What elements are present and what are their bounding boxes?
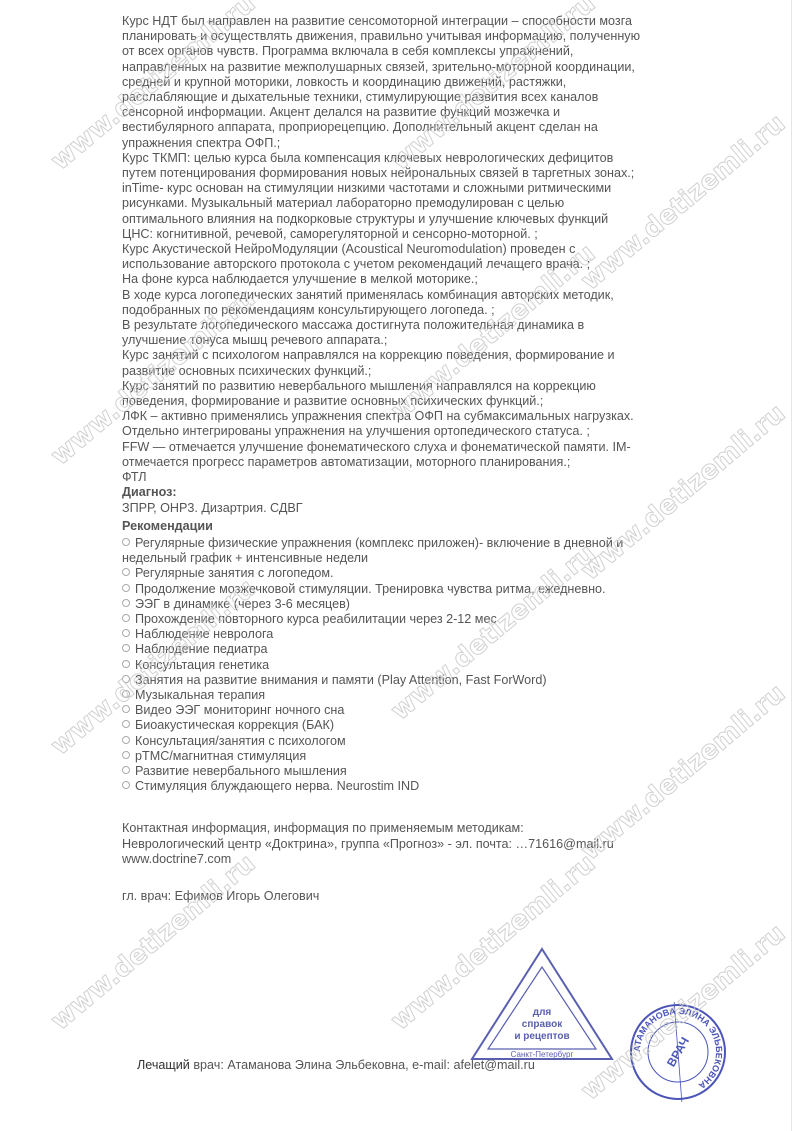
recommendation-item: Видео ЭЭГ мониторинг ночного сна <box>122 703 642 718</box>
course-paragraphs: Курс НДТ был направлен на развитие сенсо… <box>122 14 642 485</box>
triangle-stamp: для справок и рецептов Санкт-Петербург <box>468 945 616 1065</box>
recommendation-text: Наблюдение невролога <box>135 627 273 641</box>
recommendation-text: Регулярные занятия с логопедом. <box>135 566 334 580</box>
recommendation-text: Регулярные физические упражнения (компле… <box>122 536 623 565</box>
recommendations-heading: Рекомендации <box>122 519 642 534</box>
stamp-center-text: ВРАЧ <box>664 1035 692 1070</box>
bullet-circle-icon <box>122 584 130 592</box>
recommendation-text: Музыкальная терапия <box>135 688 265 702</box>
course-paragraph: ЛФК – активно применялись упражнения спе… <box>122 409 642 439</box>
recommendation-item: Развитие невербального мышления <box>122 764 642 779</box>
recommendation-text: Продолжение мозжечковой стимуляции. Трен… <box>135 582 606 596</box>
recommendation-text: Консультация/занятия с психологом <box>135 734 346 748</box>
bullet-circle-icon <box>122 720 130 728</box>
course-paragraph: ФТЛ <box>122 470 642 485</box>
recommendation-text: Наблюдение педиатра <box>135 642 268 656</box>
recommendation-item: Регулярные занятия с логопедом. <box>122 566 642 581</box>
signature-stroke <box>674 1002 682 1102</box>
recommendation-text: рТМС/магнитная стимуляция <box>135 749 306 763</box>
bullet-circle-icon <box>122 675 130 683</box>
recommendation-item: Стимуляция блуждающего нерва. Neurostim … <box>122 779 642 794</box>
stamp-text-3: и рецептов <box>514 1031 569 1042</box>
bullet-circle-icon <box>122 781 130 789</box>
stamp-text-1: для <box>533 1007 552 1018</box>
attending-doctor: Лечащий врач: Атаманова Элина Эльбековна… <box>137 1058 535 1072</box>
recommendation-item: Прохождение повторного курса реабилитаци… <box>122 612 642 627</box>
svg-text:АТАМАНОВА ЭЛИНА ЭЛЬБЕКОВНА: АТАМАНОВА ЭЛИНА ЭЛЬБЕКОВНА <box>632 1006 724 1091</box>
recommendation-text: Занятия на развитие внимания и памяти (P… <box>135 673 547 687</box>
scan-edge-line <box>791 0 792 1131</box>
bullet-circle-icon <box>122 629 130 637</box>
bullet-circle-icon <box>122 614 130 622</box>
recommendation-item: Продолжение мозжечковой стимуляции. Трен… <box>122 582 642 597</box>
recommendation-text: ЭЭГ в динамике (через 3-6 месяцев) <box>135 597 350 611</box>
course-paragraph: Курс Акустической НейроМодуляции (Acoust… <box>122 242 642 272</box>
course-paragraph: FFW — отмечается улучшение фонематическо… <box>122 440 642 470</box>
course-paragraph: В результате логопедического массажа дос… <box>122 318 642 348</box>
recommendation-text: Стимуляция блуждающего нерва. Neurostim … <box>135 779 419 793</box>
course-paragraph: На фоне курса наблюдается улучшение в ме… <box>122 272 642 287</box>
round-stamp: АТАМАНОВА ЭЛИНА ЭЛЬБЕКОВНА ВРАЧ <box>628 1002 728 1102</box>
recommendation-text: Прохождение повторного курса реабилитаци… <box>135 612 497 626</box>
course-paragraph: Курс занятий с психологом направлялся на… <box>122 348 642 378</box>
bullet-circle-icon <box>122 660 130 668</box>
contact-line-2: Неврологический центр «Доктрина», группа… <box>122 837 642 852</box>
course-paragraph: Курс занятий по развитию невербального м… <box>122 379 642 409</box>
recommendations-list: Регулярные физические упражнения (компле… <box>122 536 642 794</box>
document-body: Курс НДТ был направлен на развитие сенсо… <box>122 14 642 904</box>
recommendation-text: Видео ЭЭГ мониторинг ночного сна <box>135 703 344 717</box>
recommendation-text: Биоакустическая коррекция (БАК) <box>135 718 334 732</box>
document-page: Курс НДТ был направлен на развитие сенсо… <box>0 0 800 1131</box>
course-paragraph: Курс НДТ был направлен на развитие сенсо… <box>122 14 642 151</box>
diagnosis-heading: Диагноз: <box>122 485 642 500</box>
recommendation-text: Консультация генетика <box>135 658 269 672</box>
recommendation-text: Развитие невербального мышления <box>135 764 347 778</box>
recommendation-item: Консультация генетика <box>122 658 642 673</box>
course-paragraph: inTime- курс основан на стимуляции низки… <box>122 181 642 242</box>
recommendation-item: Наблюдение невролога <box>122 627 642 642</box>
bullet-circle-icon <box>122 751 130 759</box>
attending-role: Лечащий <box>137 1058 190 1072</box>
chief-doctor: гл. врач: Ефимов Игорь Олегович <box>122 889 642 904</box>
recommendation-item: Наблюдение педиатра <box>122 642 642 657</box>
bullet-circle-icon <box>122 538 130 546</box>
website-link[interactable]: www.doctrine7.com <box>122 852 642 867</box>
diagnosis-text: ЗПРР, ОНР3. Дизартрия. СДВГ <box>122 501 642 516</box>
recommendation-item: Биоакустическая коррекция (БАК) <box>122 718 642 733</box>
bullet-circle-icon <box>122 599 130 607</box>
bullet-circle-icon <box>122 568 130 576</box>
bullet-circle-icon <box>122 766 130 774</box>
course-paragraph: В ходе курса логопедических занятий прим… <box>122 288 642 318</box>
attending-details: врач: Атаманова Элина Эльбековна, e-mail… <box>190 1058 535 1072</box>
recommendation-item: Консультация/занятия с психологом <box>122 734 642 749</box>
bullet-circle-icon <box>122 736 130 744</box>
bullet-circle-icon <box>122 705 130 713</box>
recommendation-item: Регулярные физические упражнения (компле… <box>122 536 642 566</box>
course-paragraph: Курс ТКМП: целью курса была компенсация … <box>122 151 642 181</box>
stamp-ring-text: АТАМАНОВА ЭЛИНА ЭЛЬБЕКОВНА <box>632 1006 724 1091</box>
recommendation-item: Занятия на развитие внимания и памяти (P… <box>122 673 642 688</box>
recommendation-item: ЭЭГ в динамике (через 3-6 месяцев) <box>122 597 642 612</box>
recommendation-item: рТМС/магнитная стимуляция <box>122 749 642 764</box>
stamp-text-2: справок <box>522 1019 563 1030</box>
watermark-text: www.detizemli.ru <box>575 918 791 1106</box>
recommendation-item: Музыкальная терапия <box>122 688 642 703</box>
contact-line-1: Контактная информация, информация по при… <box>122 821 642 836</box>
bullet-circle-icon <box>122 690 130 698</box>
contact-info: Контактная информация, информация по при… <box>122 821 642 867</box>
bullet-circle-icon <box>122 644 130 652</box>
